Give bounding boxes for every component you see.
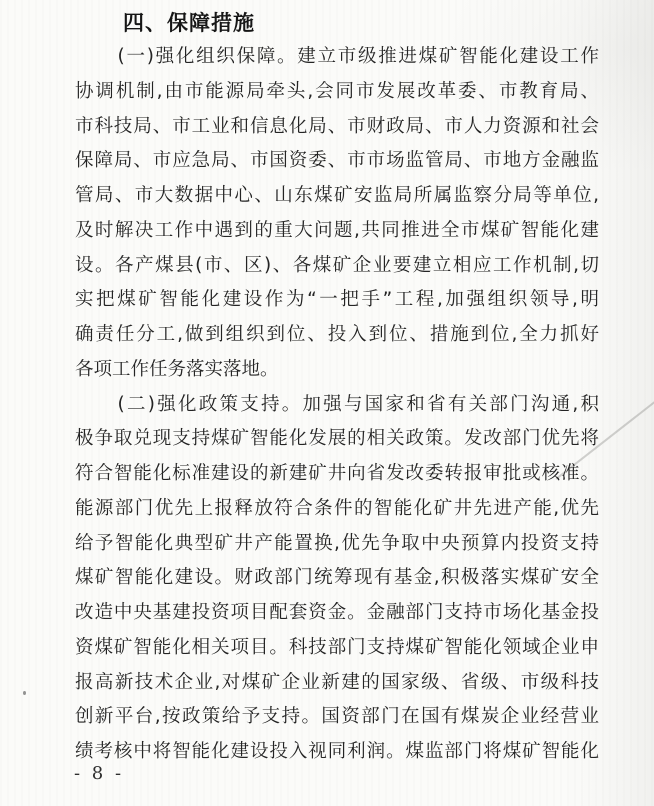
text-line: 创新平台,按政策给予支持。国资部门在国有煤炭企业经营业 (75, 700, 599, 735)
text-line: (一)强化组织保障。建立市级推进煤矿智能化建设工作 (75, 40, 599, 75)
text-line: 及时解决工作中遇到的重大问题,共同推进全市煤矿智能化建 (75, 214, 599, 249)
text-line: 改造中央基建投资项目配套资金。金融部门支持市场化基金投 (75, 596, 599, 631)
text-line: 报高新技术企业,对煤矿企业新建的国家级、省级、市级科技 (75, 666, 599, 701)
scanned-document-page: { "colors": { "paper": "#fbfbf9", "ink":… (0, 0, 654, 806)
text-line: 确责任分工,做到组织到位、投入到位、措施到位,全力抓好 (75, 318, 599, 353)
text-line: 符合智能化标准建设的新建矿井向省发改委转报审批或核准。 (75, 457, 599, 492)
text-line: 给予智能化典型矿井产能置换,优先争取中央预算内投资支持 (75, 527, 599, 562)
text-line: 绩考核中将智能化建设投入视同利润。煤监部门将煤矿智能化 (75, 735, 599, 770)
scan-artifact-speck (23, 691, 26, 695)
page-number: - 8 - (74, 763, 124, 784)
text-line: 各项工作任务落实落地。 (75, 353, 599, 388)
text-line: 协调机制,由市能源局牵头,会同市发展改革委、市教育局、 (75, 75, 599, 110)
text-line: 实把煤矿智能化建设作为“一把手”工程,加强组织领导,明 (75, 283, 599, 318)
text-line: 能源部门优先上报释放符合条件的智能化矿井先进产能,优先 (75, 492, 599, 527)
text-line: 市科技局、市工业和信息化局、市财政局、市人力资源和社会 (75, 110, 599, 145)
text-line: 保障局、市应急局、市国资委、市市场监管局、市地方金融监 (75, 144, 599, 179)
text-line: 极争取兑现支持煤矿智能化发展的相关政策。发改部门优先将 (75, 422, 599, 457)
document-body: (一)强化组织保障。建立市级推进煤矿智能化建设工作 协调机制,由市能源局牵头,会… (75, 40, 599, 770)
text-line: (二)强化政策支持。加强与国家和省有关部门沟通,积 (75, 388, 599, 423)
section-heading: 四、保障措施 (123, 10, 255, 36)
text-line: 资煤矿智能化相关项目。科技部门支持煤矿智能化领域企业申 (75, 631, 599, 666)
text-line: 设。各产煤县(市、区)、各煤矿企业要建立相应工作机制,切 (75, 249, 599, 284)
text-line: 煤矿智能化建设。财政部门统筹现有基金,积极落实煤矿安全 (75, 561, 599, 596)
text-line: 管局、市大数据中心、山东煤矿安监局所属监察分局等单位, (75, 179, 599, 214)
